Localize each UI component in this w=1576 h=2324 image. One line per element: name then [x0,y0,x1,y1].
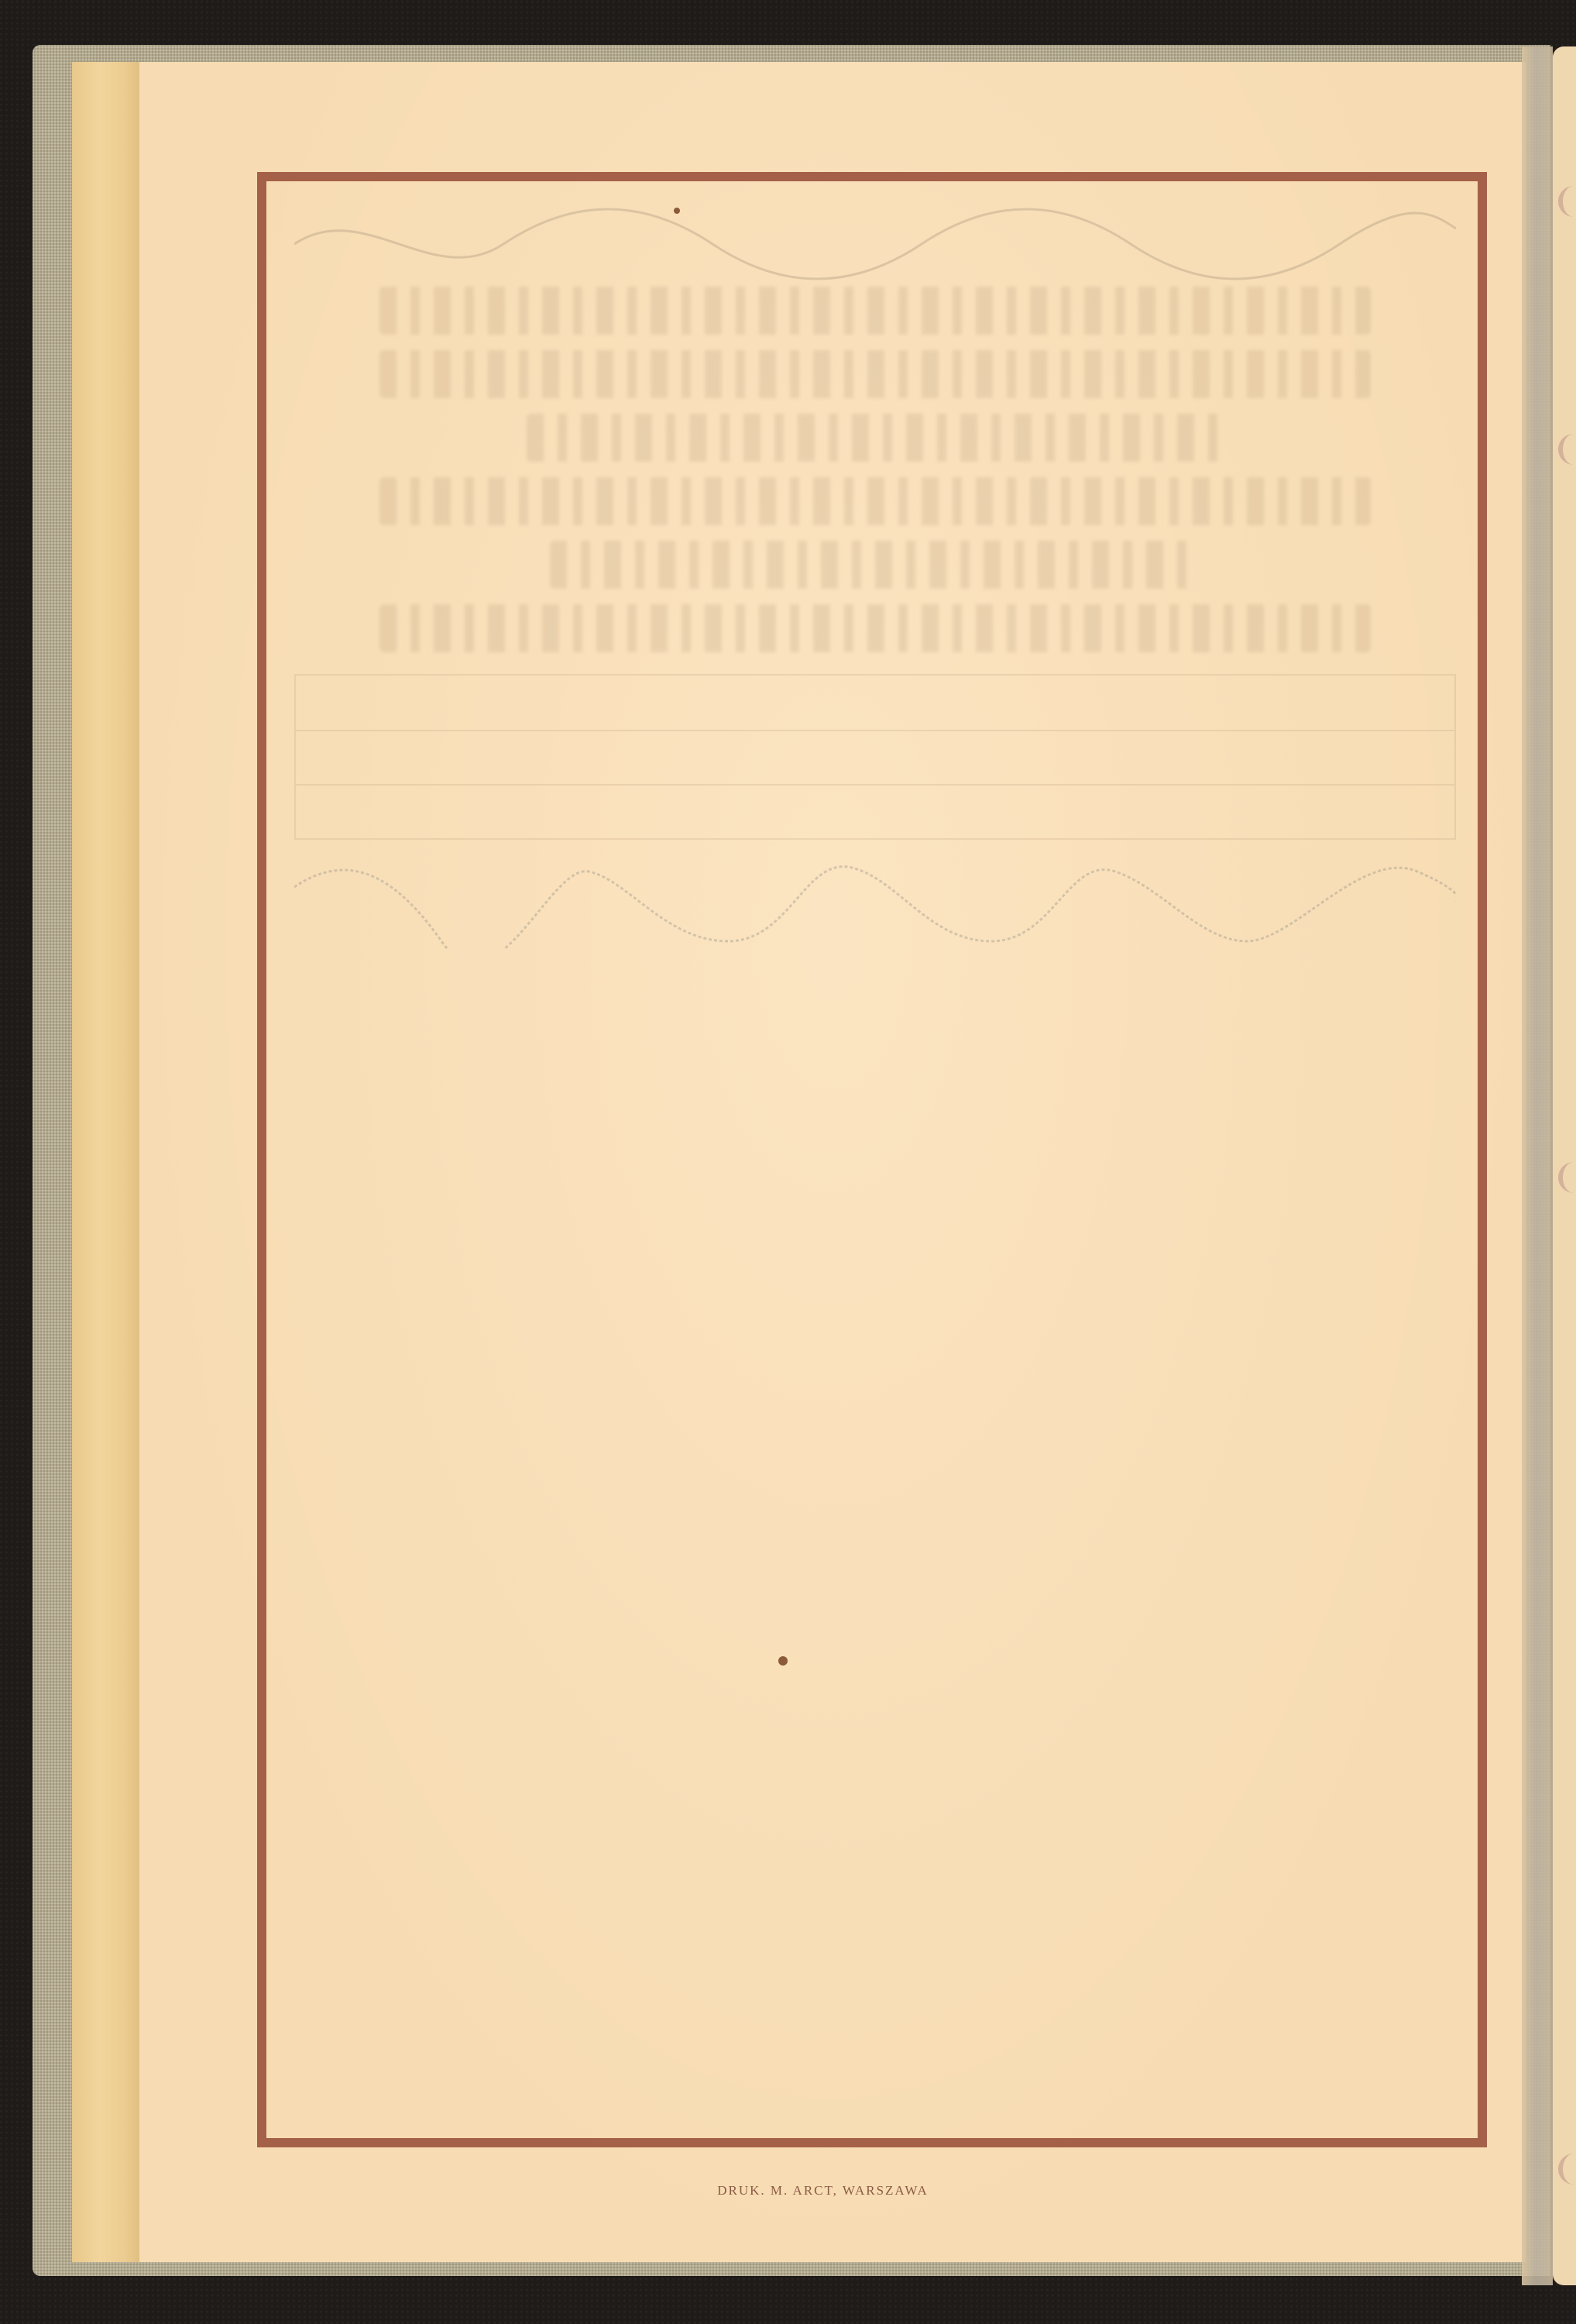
page-block-edges [72,62,142,2262]
printer-imprint: DRUK. M. ARCT, WARSZAWA [0,2183,1576,2199]
book-gutter [1522,46,1553,2285]
page-border-frame [257,172,1487,2147]
